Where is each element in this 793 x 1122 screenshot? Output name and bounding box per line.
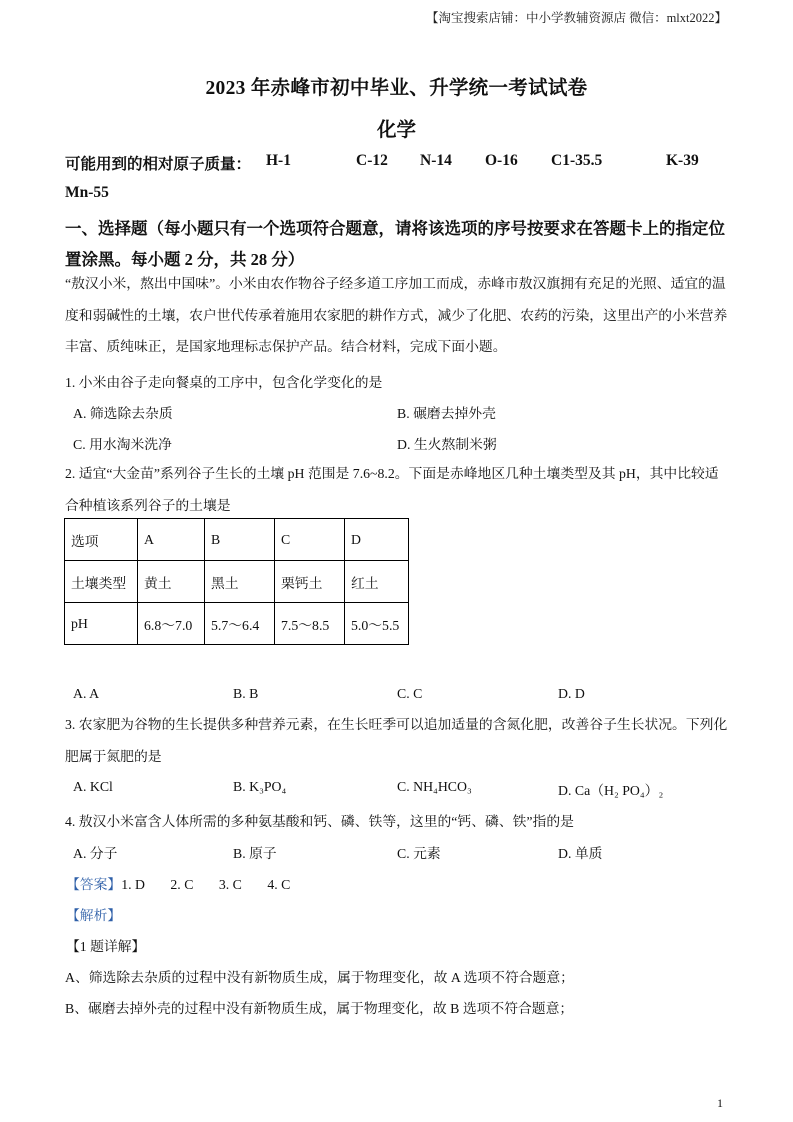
q1-option-a: A. 筛选除去杂质 bbox=[73, 402, 173, 422]
q4-option-d: D. 单质 bbox=[558, 842, 602, 862]
answer-label: 【答案】 bbox=[66, 877, 121, 892]
table-cell: B bbox=[205, 519, 275, 561]
analysis-line-a: A、筛选除去杂质的过程中没有新物质生成，属于物理变化，故 A 选项不符合题意； bbox=[65, 966, 574, 986]
mass-n: N-14 bbox=[420, 152, 452, 170]
table-cell: 6.8～7.0 bbox=[138, 603, 205, 645]
section-heading: 一、选择题（每小题只有一个选项符合题意，请将该选项的序号按要求在答题卡上的指定位… bbox=[65, 213, 730, 275]
soil-ph-table: 选项 A B C D 土壤类型 黄土 黑土 栗钙土 红土 pH 6.8～7.0 … bbox=[64, 518, 409, 645]
table-cell: D bbox=[345, 519, 409, 561]
q2-option-b: B. B bbox=[233, 686, 258, 702]
q2-option-c: C. C bbox=[397, 686, 422, 702]
mass-mn: Mn-55 bbox=[65, 184, 109, 202]
answer-1: 1. D bbox=[121, 877, 145, 892]
table-cell: 红土 bbox=[345, 561, 409, 603]
analysis-label: 【解析】 bbox=[66, 904, 121, 924]
mass-h: H-1 bbox=[266, 152, 291, 170]
analysis-line-b: B、碾磨去掉外壳的过程中没有新物质生成，属于物理变化，故 B 选项不符合题意； bbox=[65, 997, 573, 1017]
question-1-stem: 1. 小米由谷子走向餐桌的工序中，包含化学变化的是 bbox=[65, 371, 382, 391]
exam-title: 2023 年赤峰市初中毕业、升学统一考试试卷 bbox=[0, 72, 793, 100]
q3-option-b: B. K₃PO₄ bbox=[233, 779, 286, 795]
table-cell: 7.5～8.5 bbox=[275, 603, 345, 645]
atomic-masses: 可能用到的相对原子质量： H-1 C-12 N-14 O-16 C1-35.5 … bbox=[65, 152, 745, 174]
mass-cl: C1-35.5 bbox=[551, 152, 602, 170]
q1-option-c: C. 用水淘米洗净 bbox=[73, 433, 172, 453]
atomic-masses-label: 可能用到的相对原子质量： bbox=[65, 152, 251, 174]
q3-option-c: C. NH₄HCO₃ bbox=[397, 779, 472, 795]
table-cell: 栗钙土 bbox=[275, 561, 345, 603]
question-2-stem: 2. 适宜“大金苗”系列谷子生长的土壤 pH 范围是 7.6~8.2。下面是赤峰… bbox=[65, 458, 730, 521]
table-cell: 土壤类型 bbox=[65, 561, 138, 603]
answer-4: 4. C bbox=[267, 877, 290, 892]
answer-line: 【答案】1. D 2. C 3. C 4. C bbox=[66, 873, 290, 893]
table-cell: A bbox=[138, 519, 205, 561]
mass-o: O-16 bbox=[485, 152, 518, 170]
table-cell: 5.0～5.5 bbox=[345, 603, 409, 645]
watermark-header: 【淘宝搜索店铺：中小学教辅资源店 微信：mlxt2022】 bbox=[426, 8, 727, 26]
q4-option-a: A. 分子 bbox=[73, 842, 117, 862]
table-cell: 5.7～6.4 bbox=[205, 603, 275, 645]
q4-option-b: B. 原子 bbox=[233, 842, 277, 862]
mass-c: C-12 bbox=[356, 152, 388, 170]
q1-detail-label: 【1 题详解】 bbox=[66, 935, 145, 955]
exam-subject: 化学 bbox=[0, 114, 793, 142]
q2-option-a: A. A bbox=[73, 686, 99, 702]
q3-option-a: A. KCl bbox=[73, 779, 113, 795]
q2-option-d: D. D bbox=[558, 686, 585, 702]
table-row: 土壤类型 黄土 黑土 栗钙土 红土 bbox=[65, 561, 409, 603]
mass-k: K-39 bbox=[666, 152, 699, 170]
table-row: 选项 A B C D bbox=[65, 519, 409, 561]
table-cell: 选项 bbox=[65, 519, 138, 561]
material-paragraph: “敖汉小米，熬出中国味”。小米由农作物谷子经多道工序加工而成，赤峰市敖汉旗拥有充… bbox=[65, 268, 730, 363]
q1-option-b: B. 碾磨去掉外壳 bbox=[397, 402, 496, 422]
question-3-stem: 3. 农家肥为谷物的生长提供多种营养元素，在生长旺季可以追加适量的含氮化肥，改善… bbox=[65, 709, 730, 772]
question-4-stem: 4. 敖汉小米富含人体所需的多种氨基酸和钙、磷、铁等，这里的“钙、磷、铁”指的是 bbox=[65, 810, 574, 830]
answer-3: 3. C bbox=[219, 877, 242, 892]
q4-option-c: C. 元素 bbox=[397, 842, 441, 862]
q3-option-d: D. Ca（H₂ PO₄）₂ bbox=[558, 779, 663, 799]
table-cell: C bbox=[275, 519, 345, 561]
table-row: pH 6.8～7.0 5.7～6.4 7.5～8.5 5.0～5.5 bbox=[65, 603, 409, 645]
table-cell: 黄土 bbox=[138, 561, 205, 603]
table-cell: pH bbox=[65, 603, 138, 645]
q1-option-d: D. 生火熬制米粥 bbox=[397, 433, 497, 453]
answer-2: 2. C bbox=[170, 877, 193, 892]
page-number: 1 bbox=[717, 1096, 723, 1111]
table-cell: 黑土 bbox=[205, 561, 275, 603]
